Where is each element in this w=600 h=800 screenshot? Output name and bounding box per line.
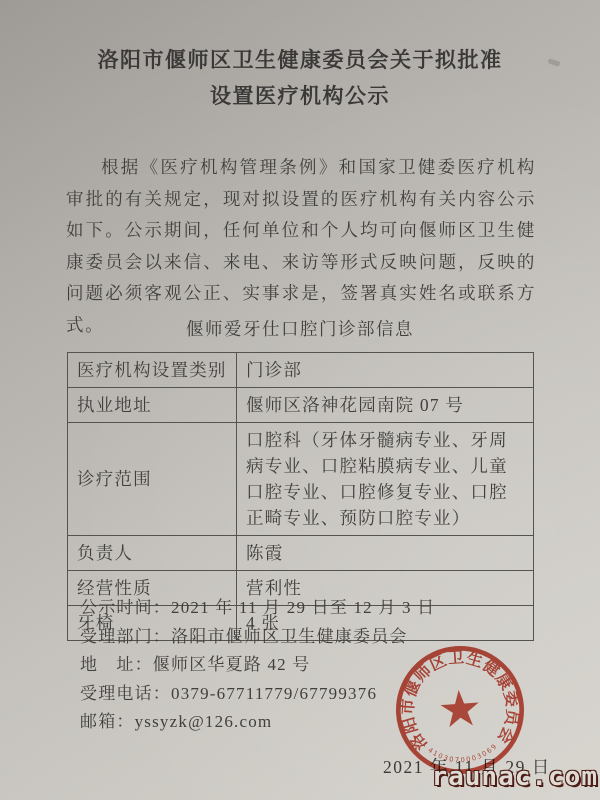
page-title: 洛阳市偃师区卫生健康委员会关于拟批准 设置医疗机构公示 bbox=[30, 42, 570, 114]
page-title-line2: 设置医疗机构公示 bbox=[30, 78, 570, 114]
site-watermark: raunac.com bbox=[431, 762, 598, 792]
scanned-notice-page: 洛阳市偃师区卫生健康委员会关于拟批准 设置医疗机构公示 根据《医疗机构管理条例》… bbox=[0, 0, 600, 800]
row-label: 医疗机构设置类别 bbox=[68, 353, 237, 388]
row-value: 偃师区洛神花园南院 07 号 bbox=[237, 388, 534, 423]
official-red-seal: 洛阳市偃师区卫生健康委员会 4103070003069 bbox=[388, 638, 531, 781]
row-label: 执业地址 bbox=[68, 388, 237, 423]
row-value: 门诊部 bbox=[237, 353, 534, 388]
table-row: 负责人 陈霞 bbox=[68, 536, 534, 571]
seal-star-icon bbox=[440, 689, 481, 728]
table-row: 诊疗范围 口腔科（牙体牙髓病专业、牙周病专业、口腔粘膜病专业、儿童口腔专业、口腔… bbox=[68, 423, 534, 536]
publicity-period-line: 公示时间：2021 年 11 月 29 日至 12 月 3 日 bbox=[80, 594, 460, 623]
row-value: 口腔科（牙体牙髓病专业、牙周病专业、口腔粘膜病专业、儿童口腔专业、口腔修复专业、… bbox=[237, 423, 534, 536]
row-label: 负责人 bbox=[68, 536, 237, 571]
table-row: 执业地址 偃师区洛神花园南院 07 号 bbox=[68, 388, 534, 423]
page-title-line1: 洛阳市偃师区卫生健康委员会关于拟批准 bbox=[30, 42, 570, 78]
info-table-title: 偃师爱牙仕口腔门诊部信息 bbox=[30, 316, 570, 341]
notice-body-paragraph: 根据《医疗机构管理条例》和国家卫健委医疗机构审批的有关规定，现对拟设置的医疗机构… bbox=[66, 152, 536, 341]
table-row: 医疗机构设置类别 门诊部 bbox=[68, 353, 534, 388]
row-label: 诊疗范围 bbox=[68, 423, 237, 536]
row-value: 陈霞 bbox=[237, 536, 534, 571]
